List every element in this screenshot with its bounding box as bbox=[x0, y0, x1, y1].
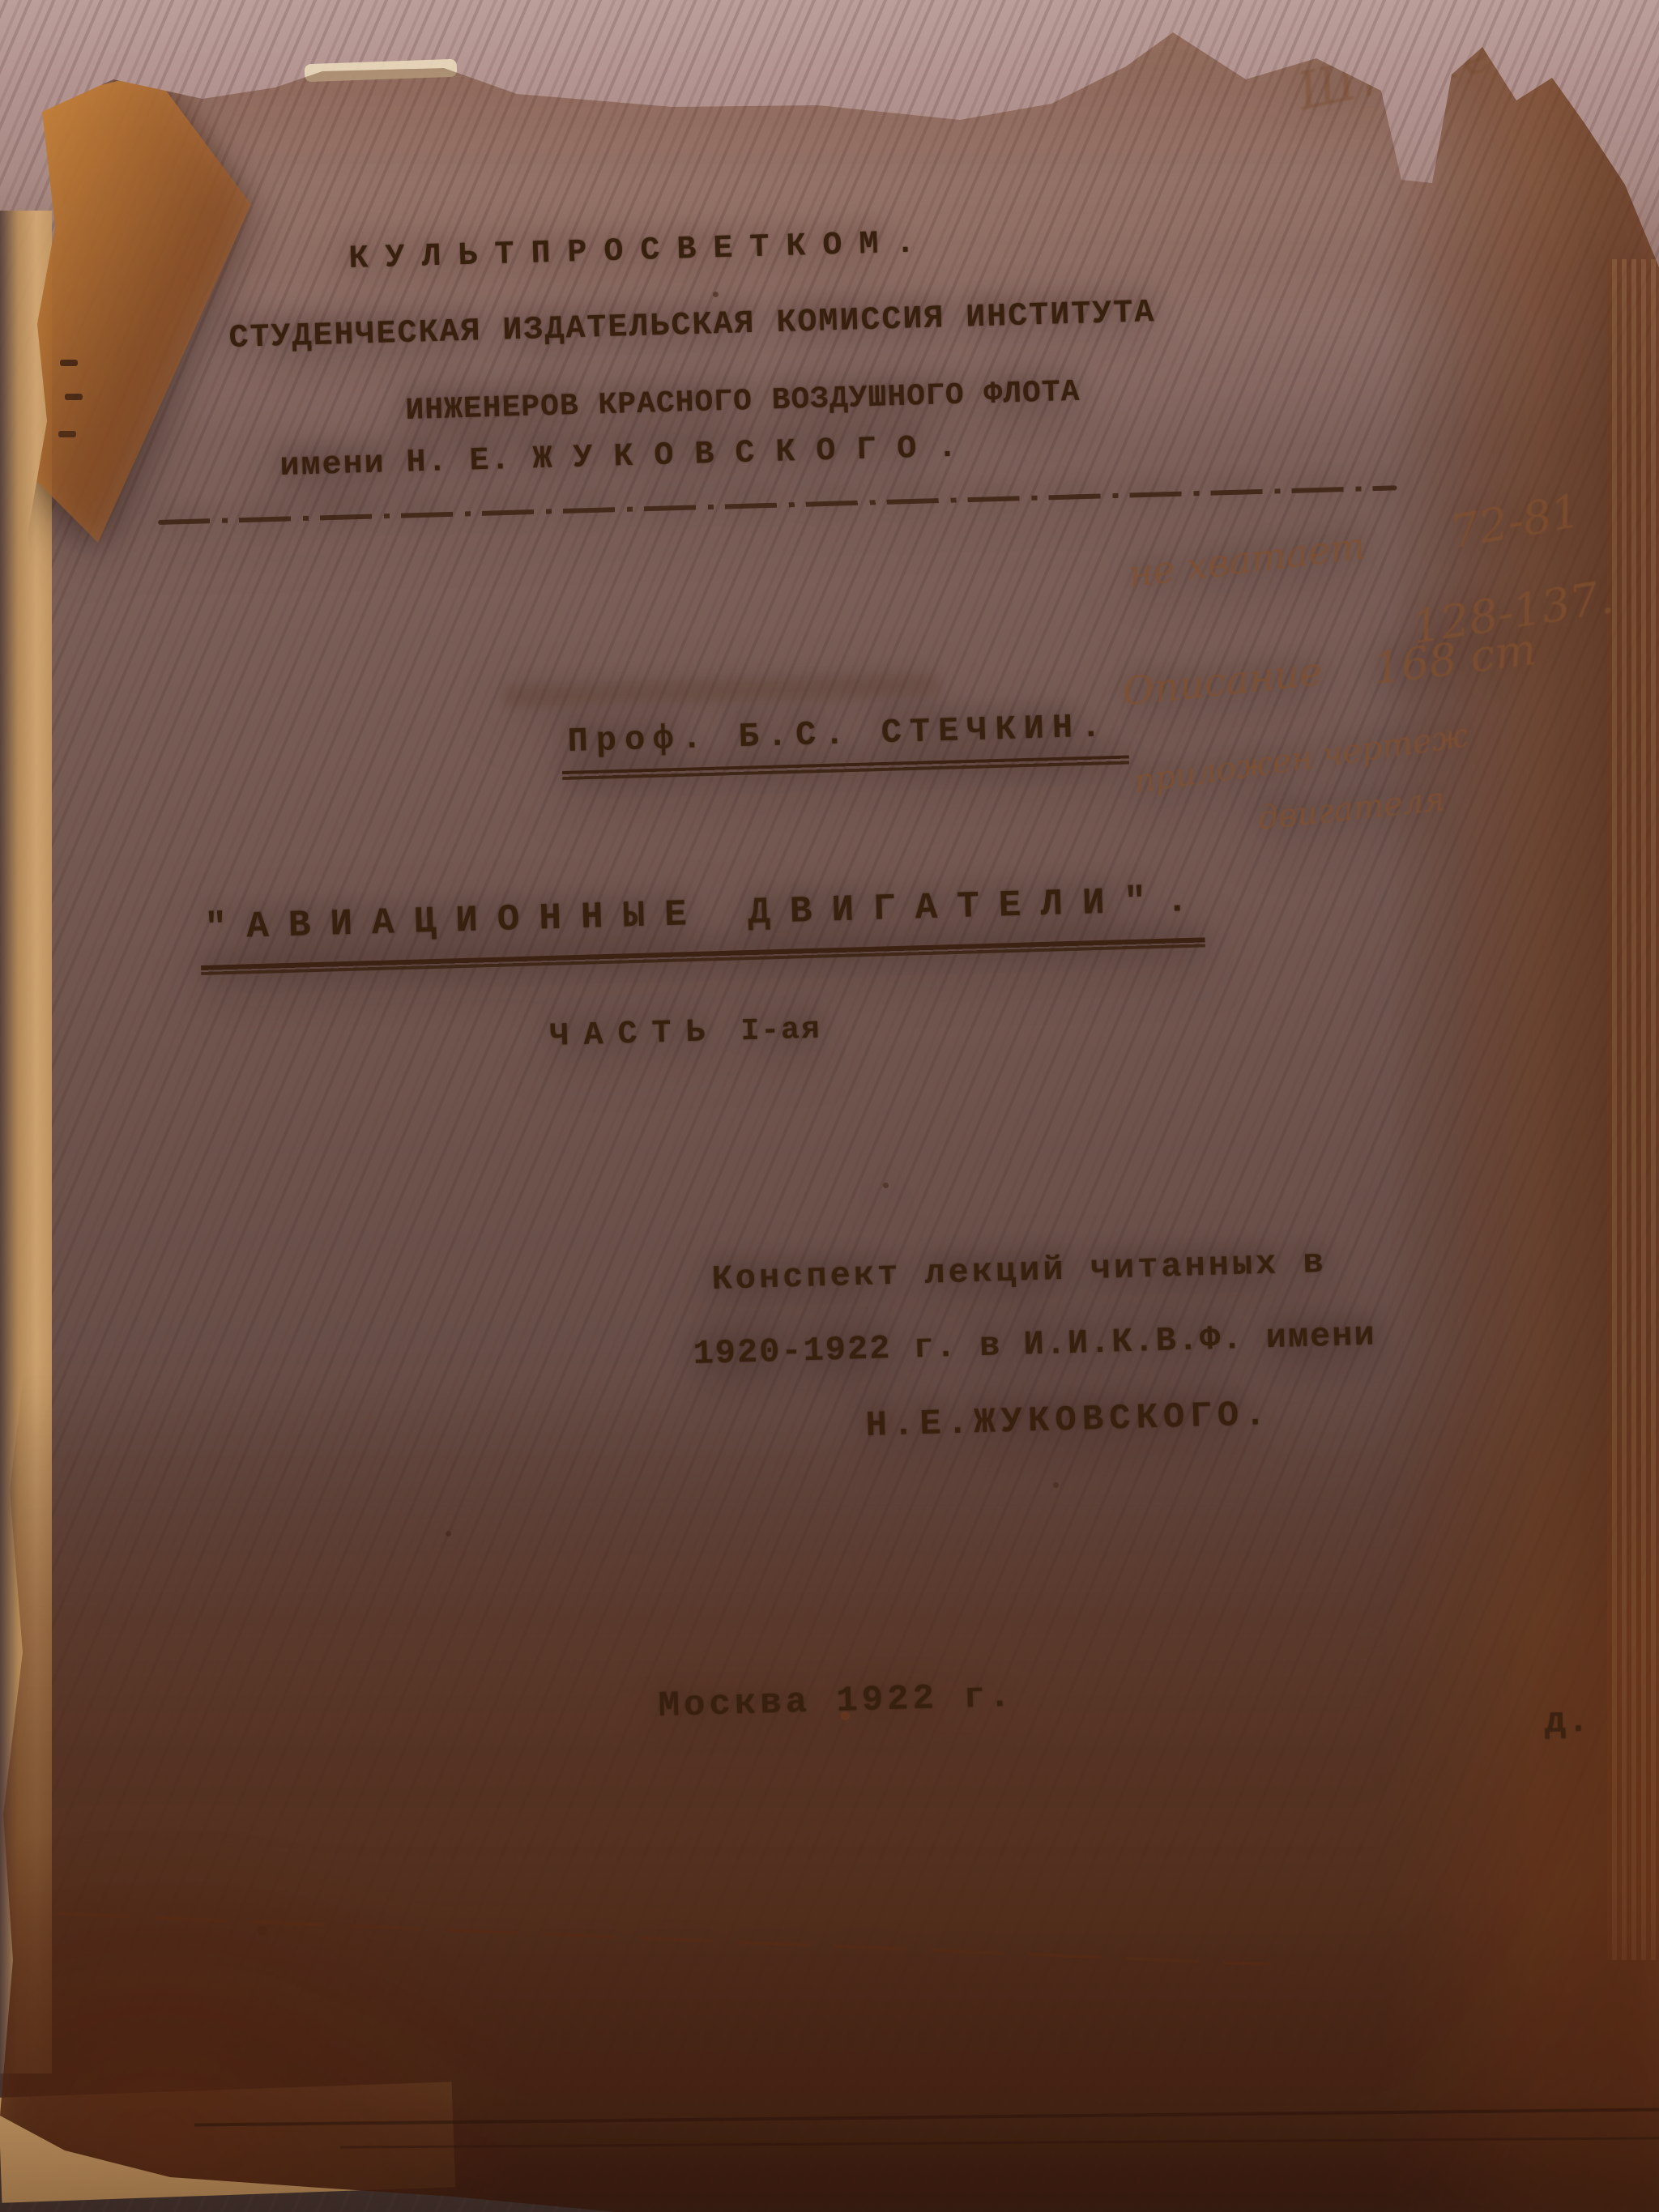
document-page: КУЛЬТПРОСВЕТКОМ. СТУДЕНЧЕСКАЯ ИЗДАТЕЛЬСК… bbox=[0, 0, 1659, 2212]
handwritten-note-page: 168 ст bbox=[1371, 624, 1539, 694]
author-line: Проф. Б.С. СТЕЧКИН. bbox=[567, 707, 1110, 761]
paper-torn-flap-top-left bbox=[32, 73, 251, 543]
handwritten-page-range-1: 72-81 bbox=[1447, 484, 1584, 559]
paper-stain-bottom bbox=[0, 1362, 1659, 2212]
edge-text-fragment: д. bbox=[1544, 1701, 1591, 1743]
publisher-institute-line: ИНЖЕНЕРОВ КРАСНОГО ВОЗДУШНОГО ФЛОТА bbox=[405, 375, 1081, 428]
publisher-commission-line: СТУДЕНЧЕСКАЯ ИЗДАТЕЛЬСКАЯ КОМИССИЯ ИНСТИ… bbox=[228, 295, 1156, 357]
book-title: "АВИАЦИОННЫЕ ДВИГАТЕЛИ". bbox=[204, 879, 1208, 949]
paper-edge-stack-right bbox=[1607, 259, 1659, 1960]
photo-of-title-page: КУЛЬТПРОСВЕТКОМ. СТУДЕНЧЕСКАЯ ИЗДАТЕЛЬСК… bbox=[0, 0, 1659, 2212]
paper-crack-line-2 bbox=[340, 2137, 1659, 2148]
named-after-name: ЖУКОВСКОГО. bbox=[532, 429, 979, 478]
erased-text-smudge bbox=[502, 674, 940, 707]
paper-stain-right bbox=[1384, 0, 1659, 2212]
subtitle-line-1: Конспект лекций читанных в bbox=[711, 1243, 1327, 1299]
subtitle-line-3: Н.Е.ЖУКОВСКОГО. bbox=[865, 1395, 1272, 1447]
handwritten-note-missing: не хватает bbox=[1126, 523, 1368, 595]
subtitle-line-2: 1920-1922 г. в И.И.К.В.Ф. имени bbox=[693, 1315, 1376, 1374]
paper-stain-bottom-left bbox=[0, 1483, 729, 2212]
water-stain-line bbox=[58, 1912, 1272, 1967]
part-number: I-ая bbox=[740, 1012, 821, 1050]
named-after-prefix: имени Н. Е. bbox=[279, 441, 533, 485]
publisher-org-line: КУЛЬТПРОСВЕТКОМ. bbox=[348, 225, 932, 278]
publisher-named-after-line: имени Н. Е. ЖУКОВСКОГО. bbox=[279, 429, 979, 485]
handwritten-note-description: Описание bbox=[1120, 649, 1324, 715]
dashed-divider-rule bbox=[158, 485, 1397, 525]
paper-specks bbox=[713, 292, 719, 297]
handwritten-note-attachment-2: двигателя bbox=[1256, 781, 1447, 837]
binding-stitches bbox=[60, 360, 78, 366]
paper-crack-line-1 bbox=[194, 2108, 1659, 2127]
part-line: ЧАСТЬI-ая bbox=[549, 1012, 821, 1055]
part-label: ЧАСТЬ bbox=[549, 1014, 720, 1055]
imprint-city-year: Москва 1922 г. bbox=[658, 1677, 1015, 1727]
